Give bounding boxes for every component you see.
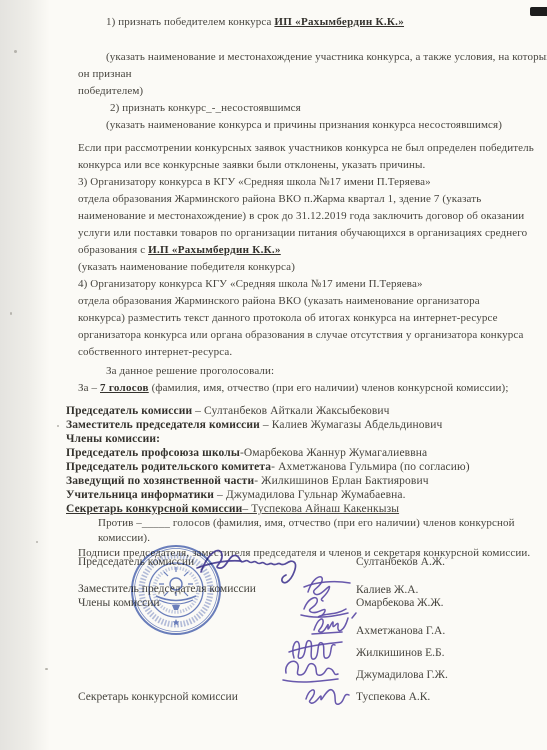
resolution-item-3: 3) Организатору конкурса в КГУ «Средняя … bbox=[66, 174, 526, 191]
resolution-item-2: 2) признать конкурс_-_несостоявшимся bbox=[66, 100, 526, 117]
scan-speck bbox=[57, 425, 59, 427]
committee-row: Заведущий по хозянственной части- Жилкиш… bbox=[66, 474, 526, 488]
committee-row: Заместитель председателя комиссии – Кали… bbox=[66, 418, 526, 432]
sign-name: Джумадилова Г.Ж. bbox=[356, 669, 448, 681]
resolution-item-4: 4) Организатору конкурса КГУ «Средняя шк… bbox=[66, 276, 526, 293]
committee-role: Члены комиссии: bbox=[66, 433, 160, 445]
paragraph-line: конкурса) разместить текст данного прото… bbox=[66, 310, 526, 327]
note-line: (указать наименование конкурса и причины… bbox=[66, 117, 526, 134]
committee-role: Заместитель председателя комиссии bbox=[66, 419, 260, 431]
sign-name: Султанбеков А.Ж. bbox=[356, 556, 445, 568]
scan-speck bbox=[36, 541, 38, 543]
document-body: 1) признать победителем конкурса ИП «Рах… bbox=[66, 14, 526, 561]
paragraph-line: наименование и местонахождение) в срок д… bbox=[66, 208, 526, 225]
paragraph-line: услуги или поставки товаров по организац… bbox=[66, 225, 526, 242]
paragraph-line: конкурса или все конкурсные заявки были … bbox=[66, 157, 526, 174]
resolution-item-1: 1) признать победителем конкурса ИП «Рах… bbox=[66, 14, 526, 31]
committee-role: Председатель родительского комитета bbox=[66, 461, 271, 473]
scan-corner-artifact bbox=[530, 7, 547, 16]
item1-text: 1) признать победителем конкурса bbox=[106, 16, 274, 28]
sign-name: Омарбекова Ж.Ж. bbox=[356, 597, 444, 609]
committee-row: Председатель профсоюза школы-Омарбекова … bbox=[66, 446, 526, 460]
round-official-stamp-icon bbox=[128, 542, 224, 638]
committee-role: Учительница информатики bbox=[66, 489, 214, 501]
paragraph-line: отдела образования Жарминского района ВК… bbox=[66, 191, 526, 208]
note-line: (указать наименование и местонахождение … bbox=[66, 49, 526, 66]
note-line: победителем) bbox=[66, 83, 526, 100]
scan-speck bbox=[10, 312, 12, 315]
committee-member-name: - Жилкишинов Ерлан Бактиярович bbox=[254, 475, 428, 487]
paragraph-line: отдела образования Жарминского района ВК… bbox=[66, 293, 526, 310]
vote-count: 7 голосов bbox=[100, 382, 149, 394]
note-line: (указать наименование победителя конкурс… bbox=[66, 259, 526, 276]
paragraph-line: Если при рассмотрении конкурсных заявок … bbox=[66, 140, 526, 157]
committee-row: Члены комиссии: bbox=[66, 432, 526, 446]
sign-name: Калиев Ж.А. bbox=[356, 584, 418, 596]
item3-text: образования с bbox=[78, 244, 148, 256]
vote-for-line: За – 7 голосов (фамилия, имя, отчество (… bbox=[66, 380, 526, 397]
committee-member-name: -Омарбекова Жаннур Жумагалиеввна bbox=[240, 447, 427, 459]
committee-member-name: – Калиев Жумагазы Абдельдинович bbox=[260, 419, 442, 431]
committee-role: Председатель профсоюза школы bbox=[66, 447, 240, 459]
signature-tuspekova bbox=[300, 681, 356, 709]
winner-name: И.П «Рахымбердин К.К.» bbox=[148, 244, 281, 256]
scan-speck bbox=[14, 50, 17, 53]
committee-role: Секретарь конкурсной комиссии bbox=[66, 503, 242, 515]
committee-member-name: – Джумадилова Гульнар Жумабаевна. bbox=[214, 489, 406, 501]
note-line: он признан bbox=[66, 66, 526, 83]
vote-intro: За данное решение проголосовали: bbox=[66, 363, 526, 380]
sign-name: Жилкишинов Е.Б. bbox=[356, 647, 445, 659]
committee-member-name: – Султанбеков Айткали Жаксыбекович bbox=[192, 405, 389, 417]
committee-row-secretary: Секретарь конкурсной комиссии– Туспекова… bbox=[66, 502, 526, 516]
winner-name: ИП «Рахымбердин К.К.» bbox=[274, 16, 404, 28]
committee-member-name: – Туспекова Айнаш Какенкызы bbox=[242, 503, 399, 515]
committee-row: Председатель комиссии – Султанбеков Айтк… bbox=[66, 404, 526, 418]
paragraph-line: собственного интернет-ресурса. bbox=[66, 344, 526, 361]
paragraph-line: образования с И.П «Рахымбердин К.К.» bbox=[66, 242, 526, 259]
vote-for-suffix: (фамилия, имя, отчество (при его наличии… bbox=[149, 382, 509, 394]
vote-against-line: Против –_____ голосов (фамилия, имя, отч… bbox=[66, 516, 526, 531]
committee-role: Председатель комиссии bbox=[66, 405, 192, 417]
scanned-document-page: 1) признать победителем конкурса ИП «Рах… bbox=[0, 0, 547, 750]
committee-role: Заведущий по хозянственной части bbox=[66, 475, 254, 487]
sign-label-secretary: Секретарь конкурсной комиссии bbox=[78, 691, 238, 703]
committee-row: Учительница информатики – Джумадилова Гу… bbox=[66, 488, 526, 502]
committee-row: Председатель родительского комитета- Ахм… bbox=[66, 460, 526, 474]
vote-for-prefix: За – bbox=[78, 382, 100, 394]
committee-member-name: - Ахметжанова Гульмира (по согласию) bbox=[271, 461, 470, 473]
scan-speck bbox=[45, 668, 48, 670]
committee-list: Председатель комиссии – Султанбеков Айтк… bbox=[66, 404, 526, 516]
paragraph-line: организатора конкурса или органа образов… bbox=[66, 327, 526, 344]
sign-name: Туспекова А.К. bbox=[356, 691, 430, 703]
